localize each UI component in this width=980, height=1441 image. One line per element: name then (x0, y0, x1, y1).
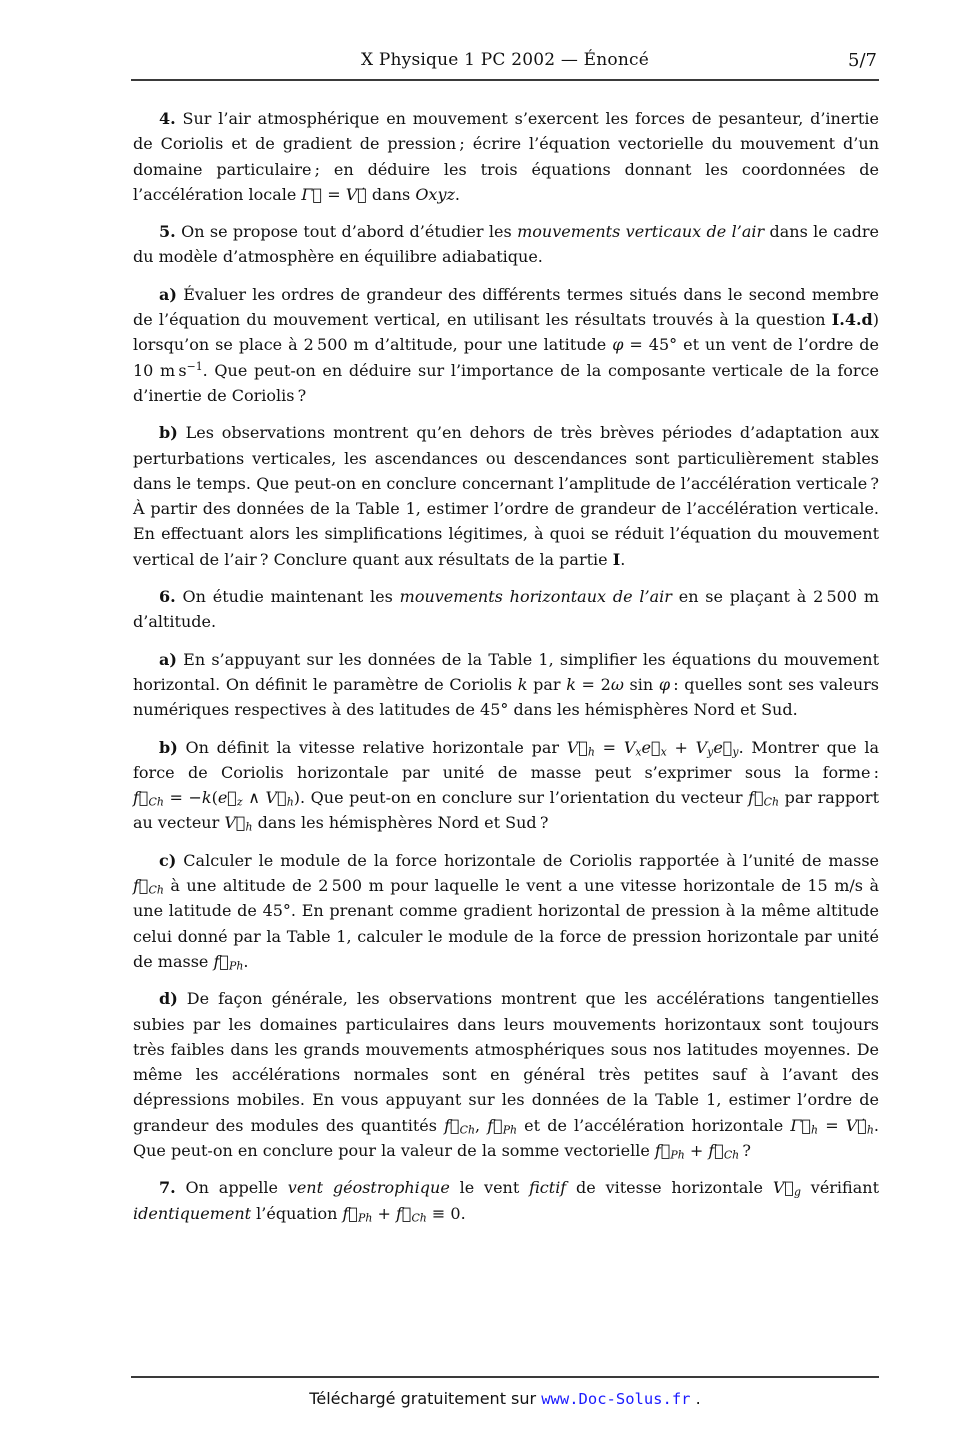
doc-solus-link[interactable]: www.Doc-Solus.fr (541, 1390, 690, 1408)
question-5a-paragraph: a) Évaluer les ordres de grandeur des di… (133, 282, 879, 408)
question-6d-paragraph: d) De façon générale, les observations m… (133, 986, 879, 1163)
question-5b-paragraph: b) Les observations montrent qu’en dehor… (133, 420, 879, 572)
header-title: X Physique 1 PC 2002 — Énoncé (131, 50, 879, 70)
footer-text: Téléchargé gratuitement sur (309, 1389, 541, 1408)
document-body: 4. Sur l’air atmosphérique en mouvement … (133, 106, 879, 1238)
question-6c-paragraph: c) Calculer le module de la force horizo… (133, 848, 879, 974)
question-6-paragraph: 6. On étudie maintenant les mouvements h… (133, 584, 879, 635)
page-header: X Physique 1 PC 2002 — Énoncé 5/7 (131, 50, 879, 81)
question-6b-paragraph: b) On définit la vitesse relative horizo… (133, 735, 879, 836)
question-7-paragraph: 7. On appelle vent géostrophique le vent… (133, 1175, 879, 1226)
question-4-paragraph: 4. Sur l’air atmosphérique en mouvement … (133, 106, 879, 207)
page-footer: Téléchargé gratuitement sur www.Doc-Solu… (131, 1376, 879, 1408)
page-number: 5/7 (848, 50, 877, 71)
question-5-paragraph: 5. On se propose tout d’abord d’étudier … (133, 219, 879, 270)
footer-text-suffix: . (691, 1389, 701, 1408)
document-page: X Physique 1 PC 2002 — Énoncé 5/7 4. Sur… (0, 0, 980, 1441)
question-6a-paragraph: a) En s’appuyant sur les données de la T… (133, 647, 879, 723)
